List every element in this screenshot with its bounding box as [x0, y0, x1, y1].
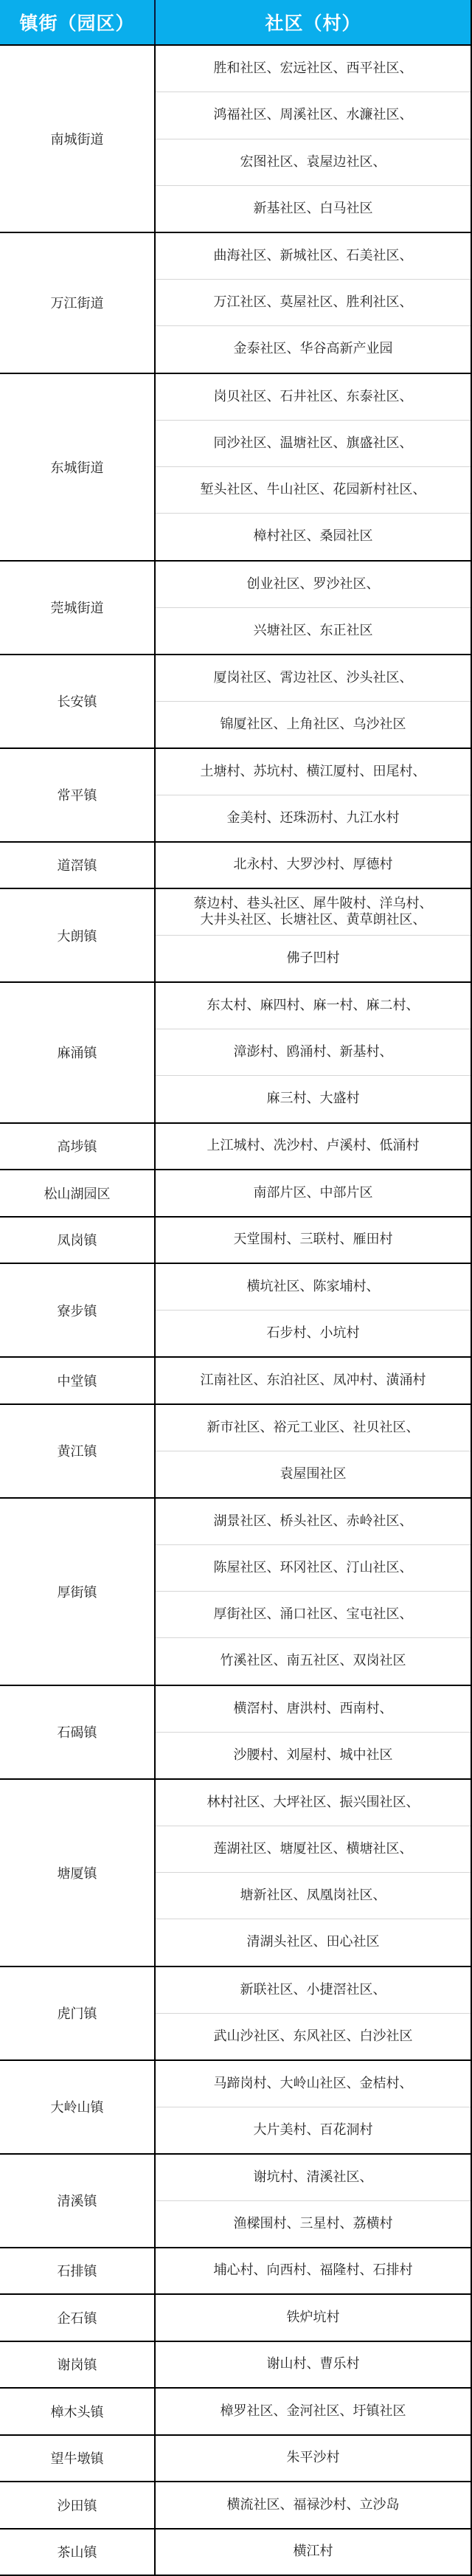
community-cell: 谢山村、曹乐村: [156, 2342, 471, 2388]
community-cell: 宏图社区、袁屋边社区、: [156, 139, 471, 186]
community-cells: 朱平沙村: [156, 2436, 471, 2482]
table-row-group: 沙田镇横流社区、福禄沙村、立沙岛: [0, 2482, 471, 2530]
table-row-group: 高埗镇上江城村、冼沙村、卢溪村、低涌村: [0, 1124, 471, 1171]
community-cell: 埔心村、向西村、福隆村、石排村: [156, 2248, 471, 2294]
community-cell: 湖景社区、桥头社区、赤岭社区、: [156, 1499, 471, 1545]
community-cells: 马蹄岗村、大岭山社区、金桔村、大片美村、百花洞村: [156, 2061, 471, 2153]
community-cells: 湖景社区、桥头社区、赤岭社区、陈屋社区、环冈社区、汀山社区、厚街社区、涌口社区、…: [156, 1499, 471, 1685]
table-row-group: 清溪镇谢坑村、清溪社区、渔樑围村、三星村、荔横村: [0, 2155, 471, 2248]
town-cell: 松山湖园区: [0, 1170, 156, 1216]
table-row-group: 中堂镇江南社区、东泊社区、凤冲村、潢涌村: [0, 1358, 471, 1405]
town-cell: 莞城街道: [0, 562, 156, 654]
community-cell: 江南社区、东泊社区、凤冲村、潢涌村: [156, 1358, 471, 1403]
community-cell: 东太村、麻四村、麻一村、麻二村、: [156, 983, 471, 1029]
town-cell: 高埗镇: [0, 1124, 156, 1170]
table-row-group: 常平镇土塘村、苏坑村、横江厦村、田尾村、金美村、还珠沥村、九江水村: [0, 749, 471, 843]
table-row-group: 南城街道胜和社区、宏远社区、西平社区、鸿福社区、周溪社区、水濂社区、宏图社区、袁…: [0, 46, 471, 233]
community-cells: 厦岗社区、霄边社区、沙头社区、锦厦社区、上角社区、乌沙社区: [156, 655, 471, 747]
table-header: 镇街（园区） 社区（村）: [0, 0, 471, 46]
community-cell: 新基社区、白马社区: [156, 186, 471, 232]
community-cells: 东太村、麻四村、麻一村、麻二村、漳澎村、鸥涌村、新基村、麻三村、大盛村: [156, 983, 471, 1122]
community-cell: 横流社区、福禄沙村、立沙岛: [156, 2482, 471, 2528]
table-row-group: 莞城街道创业社区、罗沙社区、兴塘社区、东正社区: [0, 562, 471, 655]
town-cell: 南城街道: [0, 46, 156, 232]
community-cells: 林村社区、大坪社区、振兴围社区、莲湖社区、塘厦社区、横塘社区、塘新社区、凤凰岗社…: [156, 1780, 471, 1966]
community-cells: 谢坑村、清溪社区、渔樑围村、三星村、荔横村: [156, 2155, 471, 2247]
town-cell: 凤岗镇: [0, 1218, 156, 1263]
town-cell: 常平镇: [0, 749, 156, 841]
town-cell: 虎门镇: [0, 1967, 156, 2059]
town-cell: 石排镇: [0, 2248, 156, 2294]
town-cell: 大岭山镇: [0, 2061, 156, 2153]
community-cells: 横坑社区、陈家埔村、石步村、小坑村: [156, 1264, 471, 1356]
community-cells: 上江城村、冼沙村、卢溪村、低涌村: [156, 1124, 471, 1170]
community-cells: 土塘村、苏坑村、横江厦村、田尾村、金美村、还珠沥村、九江水村: [156, 749, 471, 841]
community-cells: 北永村、大罗沙村、厚德村: [156, 843, 471, 888]
town-cell: 清溪镇: [0, 2155, 156, 2247]
town-cell: 东城街道: [0, 374, 156, 560]
community-cells: 樟罗社区、金河社区、圩镇社区: [156, 2389, 471, 2434]
table-row-group: 石碣镇横滘村、唐洪村、西南村、沙腰村、刘屋村、城中社区: [0, 1686, 471, 1780]
community-cell: 同沙社区、温塘社区、旗盛社区、: [156, 421, 471, 467]
community-cell: 鸿福社区、周溪社区、水濂社区、: [156, 92, 471, 139]
table-row-group: 大朗镇蔡边村、巷头社区、犀牛陂村、洋乌村、大井头社区、长塘社区、黄草朗社区、佛子…: [0, 889, 471, 983]
community-cells: 谢山村、曹乐村: [156, 2342, 471, 2388]
town-cell: 寮步镇: [0, 1264, 156, 1356]
community-cells: 新市社区、裕元工业区、社贝社区、袁屋围社区: [156, 1405, 471, 1497]
community-cell: 曲海社区、新城社区、石美社区、: [156, 233, 471, 280]
community-cell: 南部片区、中部片区: [156, 1170, 471, 1216]
table-row-group: 樟木头镇樟罗社区、金河社区、圩镇社区: [0, 2389, 471, 2436]
table-row-group: 万江街道曲海社区、新城社区、石美社区、万江社区、莫屋社区、胜利社区、金泰社区、华…: [0, 233, 471, 374]
community-cell: 横坑社区、陈家埔村、: [156, 1264, 471, 1311]
community-cell: 万江社区、莫屋社区、胜利社区、: [156, 280, 471, 326]
community-cell: 土塘村、苏坑村、横江厦村、田尾村、: [156, 749, 471, 795]
community-cells: 埔心村、向西村、福隆村、石排村: [156, 2248, 471, 2294]
community-cell: 朱平沙村: [156, 2436, 471, 2482]
table-row-group: 凤岗镇天堂围村、三联村、雁田村: [0, 1218, 471, 1265]
table-row-group: 松山湖园区南部片区、中部片区: [0, 1170, 471, 1218]
table-row-group: 企石镇铁炉坑村: [0, 2295, 471, 2342]
community-cell: 林村社区、大坪社区、振兴围社区、: [156, 1780, 471, 1826]
town-cell: 望牛墩镇: [0, 2436, 156, 2482]
community-cell: 横滘村、唐洪村、西南村、: [156, 1686, 471, 1733]
community-cell: 厚街社区、涌口社区、宝屯社区、: [156, 1592, 471, 1638]
table-row-group: 东城街道岗贝社区、石井社区、东泰社区、同沙社区、温塘社区、旗盛社区、堑头社区、牛…: [0, 374, 471, 562]
community-cell: 竹溪社区、南五社区、双岗社区: [156, 1638, 471, 1684]
community-cell: 塘新社区、凤凰岗社区、: [156, 1873, 471, 1919]
community-cell: 天堂围村、三联村、雁田村: [156, 1218, 471, 1263]
community-cell: 马蹄岗村、大岭山社区、金桔村、: [156, 2061, 471, 2107]
town-cell: 长安镇: [0, 655, 156, 747]
community-cell: 铁炉坑村: [156, 2295, 471, 2341]
community-cell: 蔡边村、巷头社区、犀牛陂村、洋乌村、大井头社区、长塘社区、黄草朗社区、: [156, 889, 471, 936]
community-cell: 樟罗社区、金河社区、圩镇社区: [156, 2389, 471, 2434]
community-cell: 大片美村、百花洞村: [156, 2107, 471, 2153]
community-cell: 谢坑村、清溪社区、: [156, 2155, 471, 2201]
community-line: 大井头社区、长塘社区、黄草朗社区、: [201, 912, 426, 928]
town-cell: 中堂镇: [0, 1358, 156, 1403]
community-cell: 上江城村、冼沙村、卢溪村、低涌村: [156, 1124, 471, 1170]
community-cell: 兴塘社区、东正社区: [156, 608, 471, 654]
community-cell: 横江村: [156, 2530, 471, 2575]
community-cell: 漳澎村、鸥涌村、新基村、: [156, 1029, 471, 1076]
community-cells: 蔡边村、巷头社区、犀牛陂村、洋乌村、大井头社区、长塘社区、黄草朗社区、佛子凹村: [156, 889, 471, 981]
community-cell: 北永村、大罗沙村、厚德村: [156, 843, 471, 888]
community-cell: 石步村、小坑村: [156, 1311, 471, 1356]
community-cells: 横江村: [156, 2530, 471, 2575]
community-cells: 胜和社区、宏远社区、西平社区、鸿福社区、周溪社区、水濂社区、宏图社区、袁屋边社区…: [156, 46, 471, 232]
town-cell: 黄江镇: [0, 1405, 156, 1497]
table-row-group: 黄江镇新市社区、裕元工业区、社贝社区、袁屋围社区: [0, 1405, 471, 1499]
community-cell: 新市社区、裕元工业区、社贝社区、: [156, 1405, 471, 1451]
community-cell: 陈屋社区、环冈社区、汀山社区、: [156, 1545, 471, 1592]
community-cell: 创业社区、罗沙社区、: [156, 562, 471, 608]
table-row-group: 茶山镇横江村: [0, 2530, 471, 2576]
community-cell: 厦岗社区、霄边社区、沙头社区、: [156, 655, 471, 702]
community-cells: 江南社区、东泊社区、凤冲村、潢涌村: [156, 1358, 471, 1403]
town-cell: 道滘镇: [0, 843, 156, 888]
table-row-group: 望牛墩镇朱平沙村: [0, 2436, 471, 2483]
community-cells: 横滘村、唐洪村、西南村、沙腰村、刘屋村、城中社区: [156, 1686, 471, 1778]
table-row-group: 大岭山镇马蹄岗村、大岭山社区、金桔村、大片美村、百花洞村: [0, 2061, 471, 2155]
community-cells: 曲海社区、新城社区、石美社区、万江社区、莫屋社区、胜利社区、金泰社区、华谷高新产…: [156, 233, 471, 373]
header-town-column: 镇街（园区）: [0, 0, 156, 44]
community-cell: 金泰社区、华谷高新产业园: [156, 326, 471, 372]
community-cell: 袁屋围社区: [156, 1451, 471, 1497]
community-cell: 胜和社区、宏远社区、西平社区、: [156, 46, 471, 92]
community-cells: 横流社区、福禄沙村、立沙岛: [156, 2482, 471, 2528]
table-row-group: 厚街镇湖景社区、桥头社区、赤岭社区、陈屋社区、环冈社区、汀山社区、厚街社区、涌口…: [0, 1499, 471, 1686]
community-cell: 堑头社区、牛山社区、花园新村社区、: [156, 467, 471, 514]
table-row-group: 虎门镇新联社区、小捷滘社区、武山沙社区、东风社区、白沙社区: [0, 1967, 471, 2061]
community-cell: 锦厦社区、上角社区、乌沙社区: [156, 702, 471, 747]
town-community-table: 镇街（园区） 社区（村） 南城街道胜和社区、宏远社区、西平社区、鸿福社区、周溪社…: [0, 0, 472, 2576]
community-cell: 武山沙社区、东风社区、白沙社区: [156, 2014, 471, 2059]
table-row-group: 塘厦镇林村社区、大坪社区、振兴围社区、莲湖社区、塘厦社区、横塘社区、塘新社区、凤…: [0, 1780, 471, 1967]
town-cell: 大朗镇: [0, 889, 156, 981]
header-community-column: 社区（村）: [156, 0, 471, 44]
community-cells: 铁炉坑村: [156, 2295, 471, 2341]
table-row-group: 道滘镇北永村、大罗沙村、厚德村: [0, 843, 471, 890]
community-cell: 新联社区、小捷滘社区、: [156, 1967, 471, 2014]
town-cell: 石碣镇: [0, 1686, 156, 1778]
community-cell: 樟村社区、桑园社区: [156, 514, 471, 559]
community-cell: 岗贝社区、石井社区、东泰社区、: [156, 374, 471, 421]
town-cell: 沙田镇: [0, 2482, 156, 2528]
table-row-group: 长安镇厦岗社区、霄边社区、沙头社区、锦厦社区、上角社区、乌沙社区: [0, 655, 471, 749]
town-cell: 樟木头镇: [0, 2389, 156, 2434]
town-cell: 茶山镇: [0, 2530, 156, 2575]
town-cell: 厚街镇: [0, 1499, 156, 1685]
table-row-group: 麻涌镇东太村、麻四村、麻一村、麻二村、漳澎村、鸥涌村、新基村、麻三村、大盛村: [0, 983, 471, 1124]
community-cells: 岗贝社区、石井社区、东泰社区、同沙社区、温塘社区、旗盛社区、堑头社区、牛山社区、…: [156, 374, 471, 560]
table-row-group: 石排镇埔心村、向西村、福隆村、石排村: [0, 2248, 471, 2296]
community-cell: 沙腰村、刘屋村、城中社区: [156, 1733, 471, 1778]
town-cell: 麻涌镇: [0, 983, 156, 1122]
community-cells: 新联社区、小捷滘社区、武山沙社区、东风社区、白沙社区: [156, 1967, 471, 2059]
community-line: 蔡边村、巷头社区、犀牛陂村、洋乌村、: [194, 896, 433, 912]
town-cell: 企石镇: [0, 2295, 156, 2341]
community-cells: 南部片区、中部片区: [156, 1170, 471, 1216]
community-cell: 清湖头社区、田心社区: [156, 1919, 471, 1965]
table-row-group: 谢岗镇谢山村、曹乐村: [0, 2342, 471, 2389]
table-row-group: 寮步镇横坑社区、陈家埔村、石步村、小坑村: [0, 1264, 471, 1358]
community-cells: 创业社区、罗沙社区、兴塘社区、东正社区: [156, 562, 471, 654]
community-cell: 麻三村、大盛村: [156, 1076, 471, 1122]
community-cell: 佛子凹村: [156, 936, 471, 981]
community-cell: 渔樑围村、三星村、荔横村: [156, 2201, 471, 2247]
town-cell: 塘厦镇: [0, 1780, 156, 1966]
table-body: 南城街道胜和社区、宏远社区、西平社区、鸿福社区、周溪社区、水濂社区、宏图社区、袁…: [0, 46, 471, 2576]
town-cell: 万江街道: [0, 233, 156, 373]
community-cells: 天堂围村、三联村、雁田村: [156, 1218, 471, 1263]
town-cell: 谢岗镇: [0, 2342, 156, 2388]
community-cell: 金美村、还珠沥村、九江水村: [156, 795, 471, 841]
community-cell: 莲湖社区、塘厦社区、横塘社区、: [156, 1826, 471, 1873]
